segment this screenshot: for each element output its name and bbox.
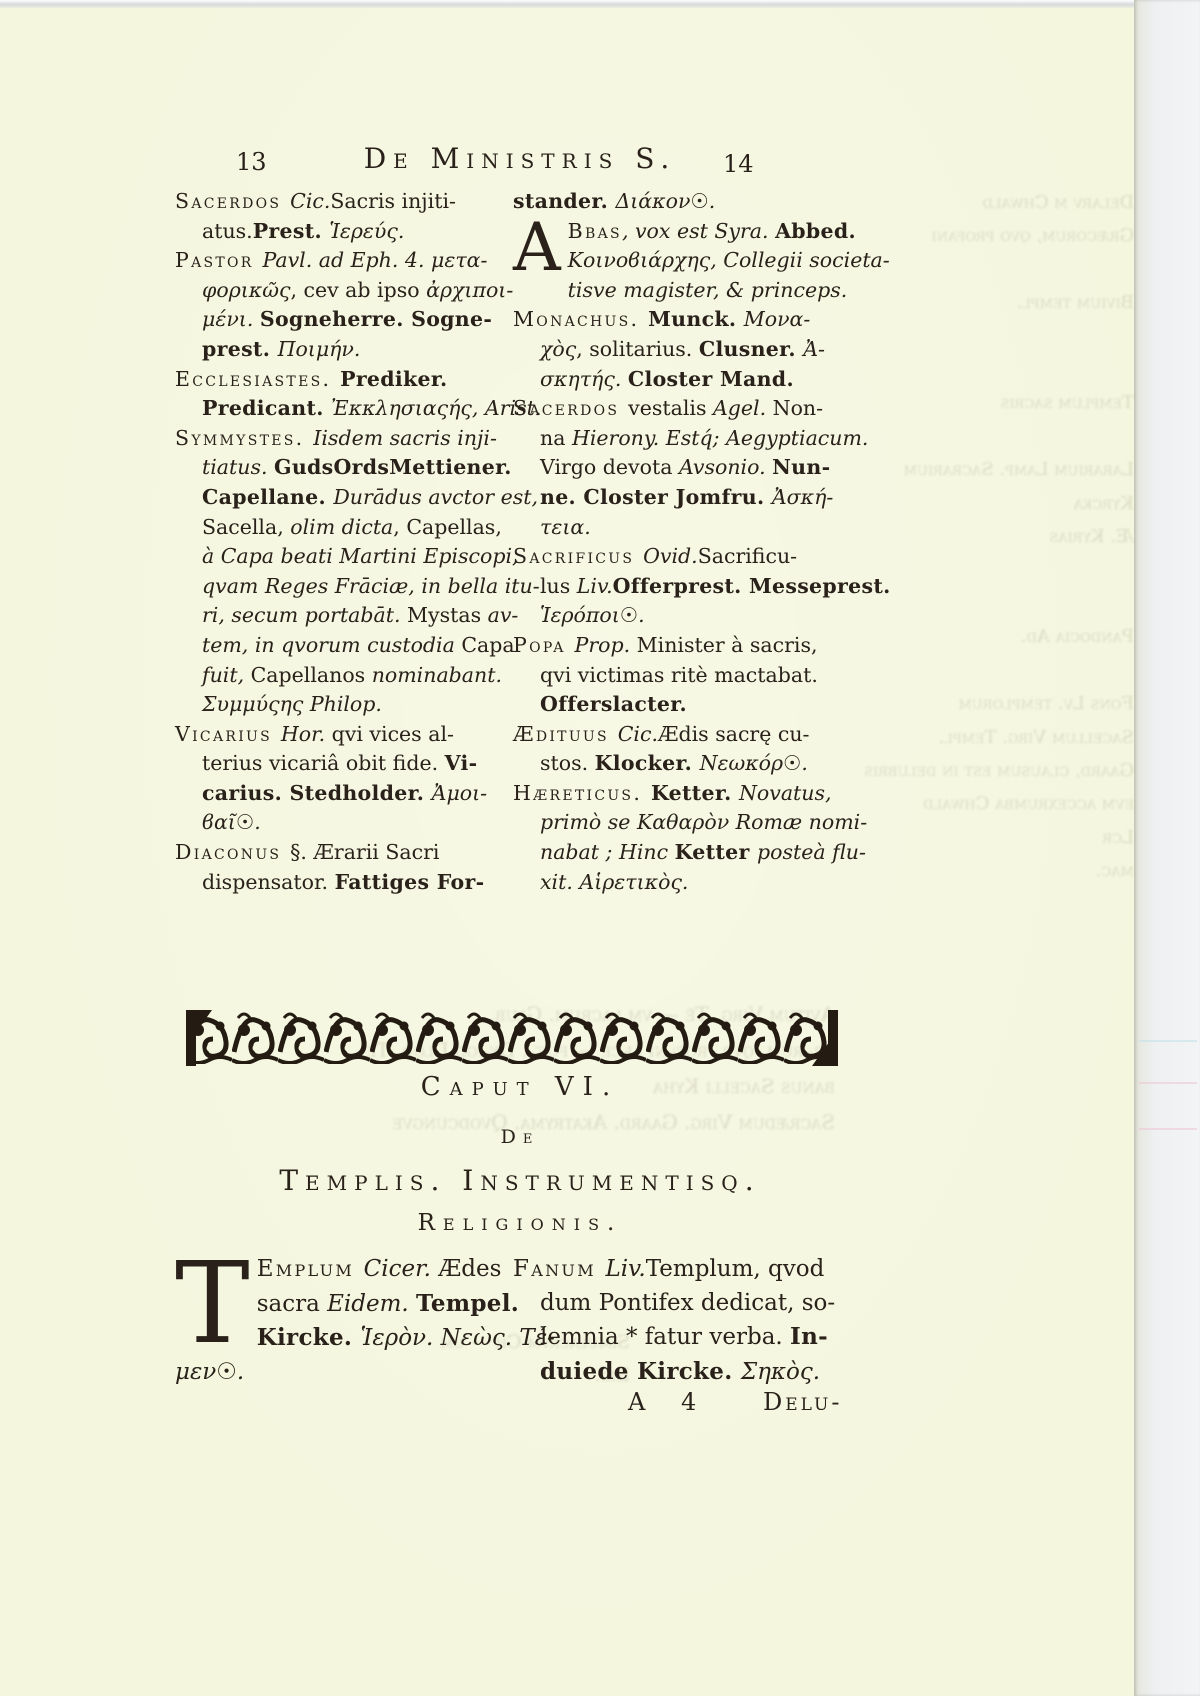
text-line: ne. Closter Jomfru. Ἀσκή-	[513, 483, 851, 513]
text-segment-it: Romæ nomi-	[736, 810, 867, 834]
page-number-left: 13	[236, 148, 267, 176]
text-line: qvam Reges Frāciæ, in bella itu-	[175, 572, 513, 602]
text-segment-gr: Σηκὸς.	[741, 1359, 820, 1385]
text-line: Συμμύςης Philop.	[175, 690, 513, 720]
text-segment-gr: Καθαρὸν	[637, 810, 736, 834]
text-line: Monachus. Munck. Μονα-	[513, 305, 851, 335]
text-segment-gr: Ἐκκλησιαςής,	[331, 396, 478, 420]
text-segment-rm: terius vicariâ obit fide.	[202, 751, 445, 775]
text-segment-rm: , cev ab ipso	[290, 278, 426, 302]
text-line: Diaconus §. Ærarii Sacri	[175, 838, 513, 868]
text-segment-gr: μετα-	[431, 248, 487, 272]
scan-artifact-line	[1139, 1128, 1197, 1130]
text-segment-gr: Ἀσκή-	[772, 485, 833, 509]
text-segment-it: tisve magister, & princeps.	[568, 278, 848, 302]
text-line: Symmystes. Iisdem sacris inji-	[175, 424, 513, 454]
text-segment-rm: Virgo devota	[540, 455, 679, 479]
text-segment-it: Agel.	[713, 396, 766, 420]
dictionary-entry: Monachus. Munck. Μονα-χὸς, solitarius. C…	[513, 305, 851, 394]
text-segment-bl: Prediker.	[340, 367, 447, 391]
text-line: Offerslacter.	[513, 690, 851, 720]
text-line: ϐαῖ☉.	[175, 808, 513, 838]
dictionary-columns-bottom: TEmplum Cicer. Ædessacra Eidem. Tempel.K…	[175, 1253, 851, 1390]
dictionary-entry: Ædituus Cic.Ædis sacrę cu-stos. Klocker.…	[513, 720, 851, 779]
text-line: Vicarius Hor. qvi vices al-	[175, 720, 513, 750]
text-segment-bl: Fattiges For-	[335, 870, 485, 894]
text-segment-rm: Ædis sacrę cu-	[658, 722, 810, 746]
text-segment-sc: Vicarius	[175, 722, 281, 746]
text-line: μένι. Sogneherre. Sogne-	[175, 305, 513, 335]
text-segment-it: qvam Reges Frāciæ, in bella itu-	[202, 574, 540, 598]
text-segment-rm: Mystas	[407, 603, 488, 627]
dictionary-entry: Symmystes. Iisdem sacris inji-tiatus. Gu…	[175, 424, 513, 720]
text-segment-it: olim dicta	[290, 515, 393, 539]
text-line: Ἱερόποι☉.	[513, 601, 851, 631]
text-segment-rm: dum Pontifex dedicat, so-	[540, 1290, 835, 1316]
text-segment-bl: Vi-	[445, 751, 478, 775]
text-line: tem, in qvorum custodia Capa	[175, 631, 513, 661]
text-line: Sacerdos vestalis Agel. Non-	[513, 394, 851, 424]
text-segment-it: Novatus,	[739, 781, 832, 805]
text-line: dum Pontifex dedicat, so-	[513, 1287, 851, 1321]
dictionary-entry: Sacerdos vestalis Agel. Non-na Hierony. …	[513, 394, 851, 542]
text-segment-gr: Αἱρετικὸς.	[579, 870, 688, 894]
dictionary-entry: Ecclesiastes. Prediker.Predicant. Ἐκκλησ…	[175, 365, 513, 424]
text-segment-bl: Offerprest. Messeprest.	[613, 574, 891, 598]
text-segment-gr: Ποιμήν.	[278, 337, 361, 361]
text-line: τεια.	[513, 513, 851, 543]
text-segment-rm: Capa	[461, 633, 514, 657]
text-segment-gr: Ἀ-	[803, 337, 825, 361]
dictionary-entry: Pastor Pavl. ad Eph. 4. μετα-φορικῶς, ce…	[175, 246, 513, 364]
scan-right-edge	[1134, 0, 1200, 1696]
text-segment-sc: Diaconus	[175, 840, 290, 864]
text-line: Fanum Liv.Templum, qvod	[513, 1253, 851, 1287]
text-line: lus Liv.Offerprest. Messeprest.	[513, 572, 851, 602]
chapter-title-line1: Templis. Instrumentisq.	[230, 1164, 810, 1197]
text-segment-it: Avsonio.	[679, 455, 772, 479]
text-segment-bl: Offerslacter.	[540, 692, 687, 716]
text-segment-sc: Ædituus	[513, 722, 618, 746]
text-segment-bl: Closter Mand.	[628, 367, 794, 391]
text-line: Pastor Pavl. ad Eph. 4. μετα-	[175, 246, 513, 276]
text-segment-rm: §. Ærarii Sacri	[290, 840, 439, 864]
text-line: primò se Καθαρὸν Romæ nomi-	[513, 808, 851, 838]
text-line: tisve magister, & princeps.	[513, 276, 851, 306]
text-line: σκητής. Closter Mand.	[513, 365, 851, 395]
chapter-heading-caput: Caput VI.	[230, 1072, 810, 1102]
text-line: à Capa beati Martini Episcopi,	[175, 542, 513, 572]
column-right: stander. Διάκον☉.ABbas, vox est Syra. Ab…	[513, 187, 851, 897]
scan-artifact-line	[1139, 1082, 1197, 1084]
text-segment-sc: Fanum	[513, 1256, 606, 1282]
text-line: Bbas, vox est Syra. Abbed.	[513, 217, 851, 247]
text-segment-it: Cicer.	[364, 1256, 431, 1282]
text-line: Κοινοϐιάρχης, Collegii societa-	[513, 246, 851, 276]
scanned-book-page: Delarv m Chwald Græcorum, qvo profani Bi…	[0, 0, 1200, 1696]
dictionary-entry: Sacrificus Ovid.Sacrificu-lus Liv.Offerp…	[513, 542, 851, 631]
text-line: μεν☉.	[175, 1356, 513, 1390]
text-line: lemnia * fatur verba. In-	[513, 1320, 851, 1355]
text-segment-bl: Munck.	[648, 307, 744, 331]
text-segment-bl: GudsOrdsMettiener.	[274, 455, 512, 479]
chapter-heading-de: De	[230, 1126, 810, 1148]
text-segment-gr: μεν☉.	[175, 1359, 244, 1385]
text-segment-it: Prop.	[575, 633, 631, 657]
text-line: Ædituus Cic.Ædis sacrę cu-	[513, 720, 851, 750]
text-line: na Hierony. Estq́; Aegyptiacum.	[513, 424, 851, 454]
text-line: carius. Stedholder. Ἀμοι-	[175, 779, 513, 809]
text-segment-it: Collegii societa-	[717, 248, 890, 272]
text-line: atus.Prest. Ἱερεύς.	[175, 217, 513, 247]
text-segment-rm: qvi victimas ritè mactabat.	[540, 663, 818, 687]
dictionary-entry: stander. Διάκον☉.	[513, 187, 851, 217]
text-segment-rm: lus	[540, 574, 577, 598]
text-segment-gr: τεια.	[540, 515, 591, 539]
text-segment-it: nabat ; Hinc	[540, 840, 675, 864]
bleedthrough-ghost-right: Delarv m Chwald Græcorum, qvo profani Bi…	[852, 186, 1134, 888]
dictionary-entry: ABbas, vox est Syra. Abbed.Κοινοϐιάρχης,…	[513, 217, 851, 306]
text-segment-it: Iisdem sacris inji-	[313, 426, 497, 450]
text-segment-it: Philop.	[310, 692, 382, 716]
text-segment-it: tiatus.	[202, 455, 274, 479]
text-segment-sc: Sacrificus	[513, 544, 643, 568]
dictionary-entry: Diaconus §. Ærarii Sacridispensator. Fat…	[175, 838, 513, 897]
text-segment-gr: Διάκον☉.	[615, 189, 715, 213]
page-number-right: 14	[723, 150, 754, 178]
dictionary-entry: Sacerdos Cic.Sacris injiti-atus.Prest. Ἱ…	[175, 187, 513, 246]
text-line: prest. Ποιμήν.	[175, 335, 513, 365]
text-segment-it: fuit,	[202, 663, 251, 687]
text-segment-it: Eidem.	[327, 1291, 416, 1317]
text-segment-rm: lemnia * fatur verba.	[540, 1324, 790, 1350]
text-segment-sc: Emplum	[257, 1256, 364, 1282]
text-segment-bl: duiede Kircke.	[540, 1358, 741, 1385]
scan-top-edge	[0, 0, 1200, 8]
text-segment-rm: stos.	[540, 751, 595, 775]
text-line: Predicant. Ἐκκλησιαςής, Arist.	[175, 394, 513, 424]
chapter-title-line2: Religionis.	[230, 1210, 810, 1236]
text-segment-bl: In-	[790, 1323, 828, 1350]
text-segment-bl: Abbed.	[775, 219, 856, 243]
text-segment-it: Ovid.	[643, 544, 698, 568]
text-segment-gr: μένι.	[202, 307, 260, 331]
column-right: Fanum Liv.Templum, qvoddum Pontifex dedi…	[513, 1253, 851, 1390]
text-segment-it: nominabant.	[372, 663, 502, 687]
text-segment-it: Liv.	[577, 574, 613, 598]
text-segment-bl: Prest.	[253, 219, 330, 243]
text-segment-sc: Symmystes.	[175, 426, 313, 450]
text-segment-bl: Klocker.	[595, 751, 700, 775]
text-segment-bl: Clusner.	[699, 337, 803, 361]
text-segment-it: Cic.	[618, 722, 658, 746]
text-line: Capellane. Durādus avctor est,	[175, 483, 513, 513]
dictionary-entry: TEmplum Cicer. Ædessacra Eidem. Tempel.K…	[175, 1253, 513, 1390]
text-line: dispensator. Fattiges For-	[175, 868, 513, 898]
text-segment-bl: Nun-	[772, 455, 830, 479]
text-segment-gr: Συμμύςης	[202, 692, 310, 716]
text-segment-bl: Predicant.	[202, 396, 331, 420]
text-line: nabat ; Hinc Ketter posteà flu-	[513, 838, 851, 868]
text-segment-it: Pavl. ad Eph. 4.	[262, 248, 431, 272]
text-segment-rm: atus.	[202, 219, 253, 243]
text-segment-gr: Ἀμοι-	[432, 781, 487, 805]
text-segment-sc: Ecclesiastes.	[175, 367, 340, 391]
text-segment-gr: φορικῶς	[202, 278, 290, 302]
text-line: Hæreticus. Ketter. Novatus,	[513, 779, 851, 809]
column-left: TEmplum Cicer. Ædessacra Eidem. Tempel.K…	[175, 1253, 513, 1390]
text-segment-sc: Popa	[513, 633, 575, 657]
drop-cap-initial: T	[175, 1258, 250, 1356]
text-segment-rm: Sacris injiti-	[330, 189, 456, 213]
dictionary-entry: Fanum Liv.Templum, qvoddum Pontifex dedi…	[513, 1253, 851, 1389]
text-line: duiede Kircke. Σηκὸς.	[513, 1355, 851, 1390]
text-segment-sc: Sacerdos	[175, 189, 290, 213]
text-line: Sacrificus Ovid.Sacrificu-	[513, 542, 851, 572]
text-segment-rm: qvi vices al-	[325, 722, 454, 746]
text-segment-rm: Minister à sacris,	[630, 633, 817, 657]
text-line: xit. Αἱρετικὸς.	[513, 868, 851, 898]
text-line: stos. Klocker. Νεωκόρ☉.	[513, 749, 851, 779]
text-segment-rm: vestalis	[628, 396, 713, 420]
text-segment-bl: Kircke.	[257, 1324, 361, 1351]
signature-mark: A 4	[628, 1388, 710, 1416]
text-segment-rm: sacra	[257, 1291, 327, 1317]
text-segment-rm: Capellanos	[251, 663, 372, 687]
text-segment-sc: Pastor	[175, 248, 262, 272]
text-segment-rm: , solitarius.	[576, 337, 699, 361]
text-segment-it: Durādus avctor est,	[333, 485, 538, 509]
text-line: Virgo devota Avsonio. Nun-	[513, 453, 851, 483]
text-segment-gr: Ἱερεύς.	[329, 219, 404, 243]
text-segment-rm: dispensator.	[202, 870, 335, 894]
text-segment-sc: Bbas	[568, 219, 622, 243]
text-line: fuit, Capellanos nominabant.	[175, 661, 513, 691]
text-segment-gr: Ἱερόποι☉.	[540, 603, 645, 627]
text-segment-rm: Ædes	[431, 1256, 501, 1282]
text-segment-it: tem, in qvorum custodia	[202, 633, 461, 657]
drop-cap-initial: A	[513, 220, 561, 277]
text-segment-rm: na	[540, 426, 572, 450]
text-segment-rm: Sacrificu-	[698, 544, 797, 568]
text-segment-it: , vox est Syra.	[622, 219, 775, 243]
text-segment-it: primò se	[540, 810, 637, 834]
text-segment-it: Liv.	[606, 1256, 646, 1282]
text-segment-bl: Capellane.	[202, 485, 333, 509]
text-segment-it: Hor.	[281, 722, 325, 746]
text-segment-sc: Monachus.	[513, 307, 648, 331]
running-head-title: De Ministris S.	[300, 142, 740, 175]
text-segment-bl: stander.	[513, 189, 615, 213]
dictionary-entry: Vicarius Hor. qvi vices al-terius vicari…	[175, 720, 513, 838]
text-line: Sacerdos Cic.Sacris injiti-	[175, 187, 513, 217]
text-segment-it: posteà flu-	[757, 840, 866, 864]
text-line: qvi victimas ritè mactabat.	[513, 661, 851, 691]
text-segment-it: Cic.	[290, 189, 330, 213]
catchword: Delu-	[763, 1388, 842, 1416]
floral-frieze-ornament	[186, 1008, 838, 1068]
dictionary-entry: Hæreticus. Ketter. Novatus,primò se Καθα…	[513, 779, 851, 897]
text-line: Sacella, olim dicta, Capellas,	[175, 513, 513, 543]
text-segment-rm: , Capellas,	[393, 515, 502, 539]
text-segment-rm: Sacella,	[202, 515, 290, 539]
text-segment-it: Hierony. Estq́; Aegyptiacum.	[572, 426, 869, 450]
text-segment-bl: prest.	[202, 337, 278, 361]
text-line: tiatus. GudsOrdsMettiener.	[175, 453, 513, 483]
text-line: ri, secum portabāt. Mystas av-	[175, 601, 513, 631]
text-segment-it: à Capa beati Martini Episcopi,	[202, 544, 519, 568]
text-line: Popa Prop. Minister à sacris,	[513, 631, 851, 661]
text-segment-rm: Non-	[766, 396, 823, 420]
dictionary-entry: Popa Prop. Minister à sacris,qvi victima…	[513, 631, 851, 720]
text-segment-it: ri, secum portabāt.	[202, 603, 407, 627]
text-line: stander. Διάκον☉.	[513, 187, 851, 217]
dictionary-columns-top: Sacerdos Cic.Sacris injiti-atus.Prest. Ἱ…	[175, 187, 851, 897]
text-line: φορικῶς, cev ab ipso ἀρχιποι-	[175, 276, 513, 306]
text-segment-gr: χὸς	[540, 337, 576, 361]
text-segment-gr: Κοινοϐιάρχης,	[568, 248, 717, 272]
text-segment-bl: Ketter	[675, 840, 757, 864]
text-segment-it: xit.	[540, 870, 579, 894]
text-segment-rm: Templum, qvod	[646, 1256, 825, 1282]
text-segment-gr: ϐαῖ☉.	[202, 810, 261, 834]
text-segment-bl: ne. Closter Jomfru.	[540, 485, 772, 509]
text-segment-bl: carius. Stedholder.	[202, 781, 432, 805]
text-segment-gr: ἀρχιποι-	[426, 278, 513, 302]
text-segment-sc: Hæreticus.	[513, 781, 651, 805]
text-segment-gr: σκητής.	[540, 367, 628, 391]
text-segment-bl: Sogneherre. Sogne-	[260, 307, 492, 331]
text-segment-sc: Sacerdos	[513, 396, 628, 420]
scan-artifact-line	[1139, 1040, 1197, 1042]
column-left: Sacerdos Cic.Sacris injiti-atus.Prest. Ἱ…	[175, 187, 513, 897]
text-line: terius vicariâ obit fide. Vi-	[175, 749, 513, 779]
text-segment-gr: Μονα-	[744, 307, 811, 331]
text-segment-bl: Tempel.	[416, 1290, 519, 1317]
text-segment-gr: Νεωκόρ☉.	[700, 751, 808, 775]
text-line: χὸς, solitarius. Clusner. Ἀ-	[513, 335, 851, 365]
text-segment-bl: Ketter.	[651, 781, 739, 805]
text-line: Ecclesiastes. Prediker.	[175, 365, 513, 395]
